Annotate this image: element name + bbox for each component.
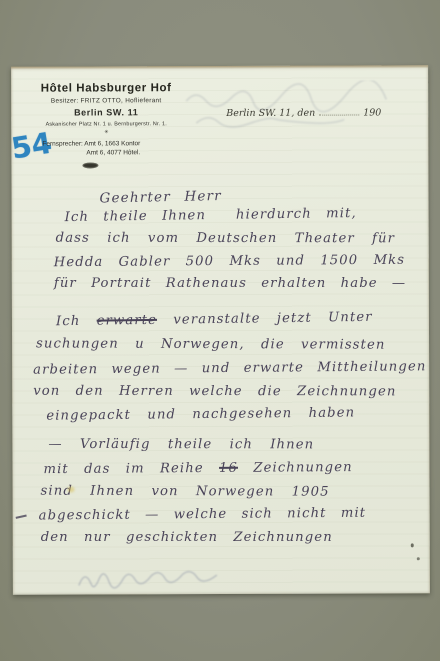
- handwritten-text: Hedda Gabler 500 Mks und 1500 Mks: [54, 253, 405, 270]
- handwritten-line: von den Herren welche die Zeichnungen: [33, 384, 396, 400]
- handwritten-text: Ich: [56, 314, 97, 330]
- letter-body: Ich theile Ihnenhierdurch mit,dass ich v…: [11, 65, 428, 66]
- phone-line-2: Amt 6, 4077 Hôtel.: [86, 149, 189, 156]
- handwritten-text: hierdurch mit,: [236, 206, 357, 223]
- letterhead: Hôtel Habsburger Hof Besitzer: FRITZ OTT…: [23, 82, 189, 169]
- handwritten-text: für Portrait Rathenaus erhalten habe —: [54, 276, 406, 291]
- handwritten-line: Hedda Gabler 500 Mks und 1500 Mks: [54, 253, 405, 270]
- handwritten-line: den nur geschickten Zeichnungen: [41, 530, 333, 545]
- handwritten-line: abgeschickt — welche sich nicht mit: [39, 506, 367, 524]
- handwritten-line: für Portrait Rathenaus erhalten habe —: [54, 276, 406, 291]
- ink-speck: [417, 557, 420, 560]
- handwritten-line: mit das im Reihe 16 Zeichnungen: [43, 460, 352, 477]
- handwritten-line: Ich theile Ihnenhierdurch mit,: [65, 206, 357, 225]
- handwritten-line: eingepackt und nachgesehen haben: [46, 405, 355, 423]
- paper-stain: [68, 487, 75, 493]
- struck-word: erwarte: [97, 313, 158, 329]
- handwritten-text: sind Ihnen von Norwegen 1905: [41, 484, 330, 500]
- handwritten-line: — Vorläufig theile ich Ihnen: [48, 437, 314, 452]
- handwritten-text: suchungen u Norwegen, die vermissten: [36, 336, 385, 352]
- handwritten-line: suchungen u Norwegen, die vermissten: [36, 336, 385, 352]
- handwritten-line: Ich erwarte veranstalte jetzt Unter: [56, 310, 373, 329]
- phone-line-1: Fernsprecher: Amt 6, 1663 Kontor: [42, 140, 189, 148]
- handwritten-line: dass ich vom Deutschen Theater für: [56, 231, 395, 247]
- bleedthrough-signature: [73, 561, 223, 597]
- dateline: Berlin SW. 11, den190: [226, 107, 421, 119]
- hotel-name: Hôtel Habsburger Hof: [23, 82, 189, 95]
- stray-ink-mark: [16, 515, 27, 519]
- dateline-blank: [319, 115, 359, 116]
- letter-greeting: Geehrter Herr: [99, 188, 222, 207]
- handwritten-text: mit das im Reihe: [43, 461, 219, 477]
- ink-speck: [411, 543, 414, 547]
- photograph-of-letter: { "archival": { "catalog_number": "N 255…: [0, 0, 440, 661]
- handwritten-text: Ich theile Ihnen: [65, 208, 207, 225]
- letter-sheet: 54 Hôtel Habsburger Hof Besitzer: FRITZ …: [11, 65, 430, 594]
- printer-mark-icon: [82, 162, 98, 168]
- handwritten-text: dass ich vom Deutschen Theater für: [56, 231, 395, 247]
- handwritten-text: eingepackt und nachgesehen haben: [46, 405, 355, 423]
- dateline-prefix: Berlin SW. 11, den: [226, 108, 315, 119]
- dateline-year-stub: 190: [363, 107, 381, 118]
- handwritten-text: den nur geschickten Zeichnungen: [41, 530, 333, 545]
- handwritten-text: von den Herren welche die Zeichnungen: [33, 384, 396, 400]
- struck-word: 16: [219, 461, 238, 476]
- city-line: Berlin SW. 11: [23, 107, 189, 118]
- handwritten-text: abgeschickt — welche sich nicht mit: [39, 506, 367, 524]
- handwritten-line: arbeiten wegen — und erwarte Mittheilung…: [33, 359, 426, 377]
- address-line: Askanischer Platz Nr. 1 u. Bernburgerstr…: [23, 121, 189, 128]
- proprietor-line: Besitzer: FRITZ OTTO, Hoflieferant: [23, 97, 189, 105]
- ornament-icon: ✳: [23, 129, 189, 136]
- handwritten-text: Zeichnungen: [238, 460, 353, 476]
- handwritten-line: sind Ihnen von Norwegen 1905: [41, 484, 330, 500]
- handwritten-text: veranstalte jetzt Unter: [157, 310, 373, 328]
- handwritten-text: arbeiten wegen — und erwarte Mittheilung…: [33, 359, 426, 377]
- handwritten-text: — Vorläufig theile ich Ihnen: [48, 437, 314, 452]
